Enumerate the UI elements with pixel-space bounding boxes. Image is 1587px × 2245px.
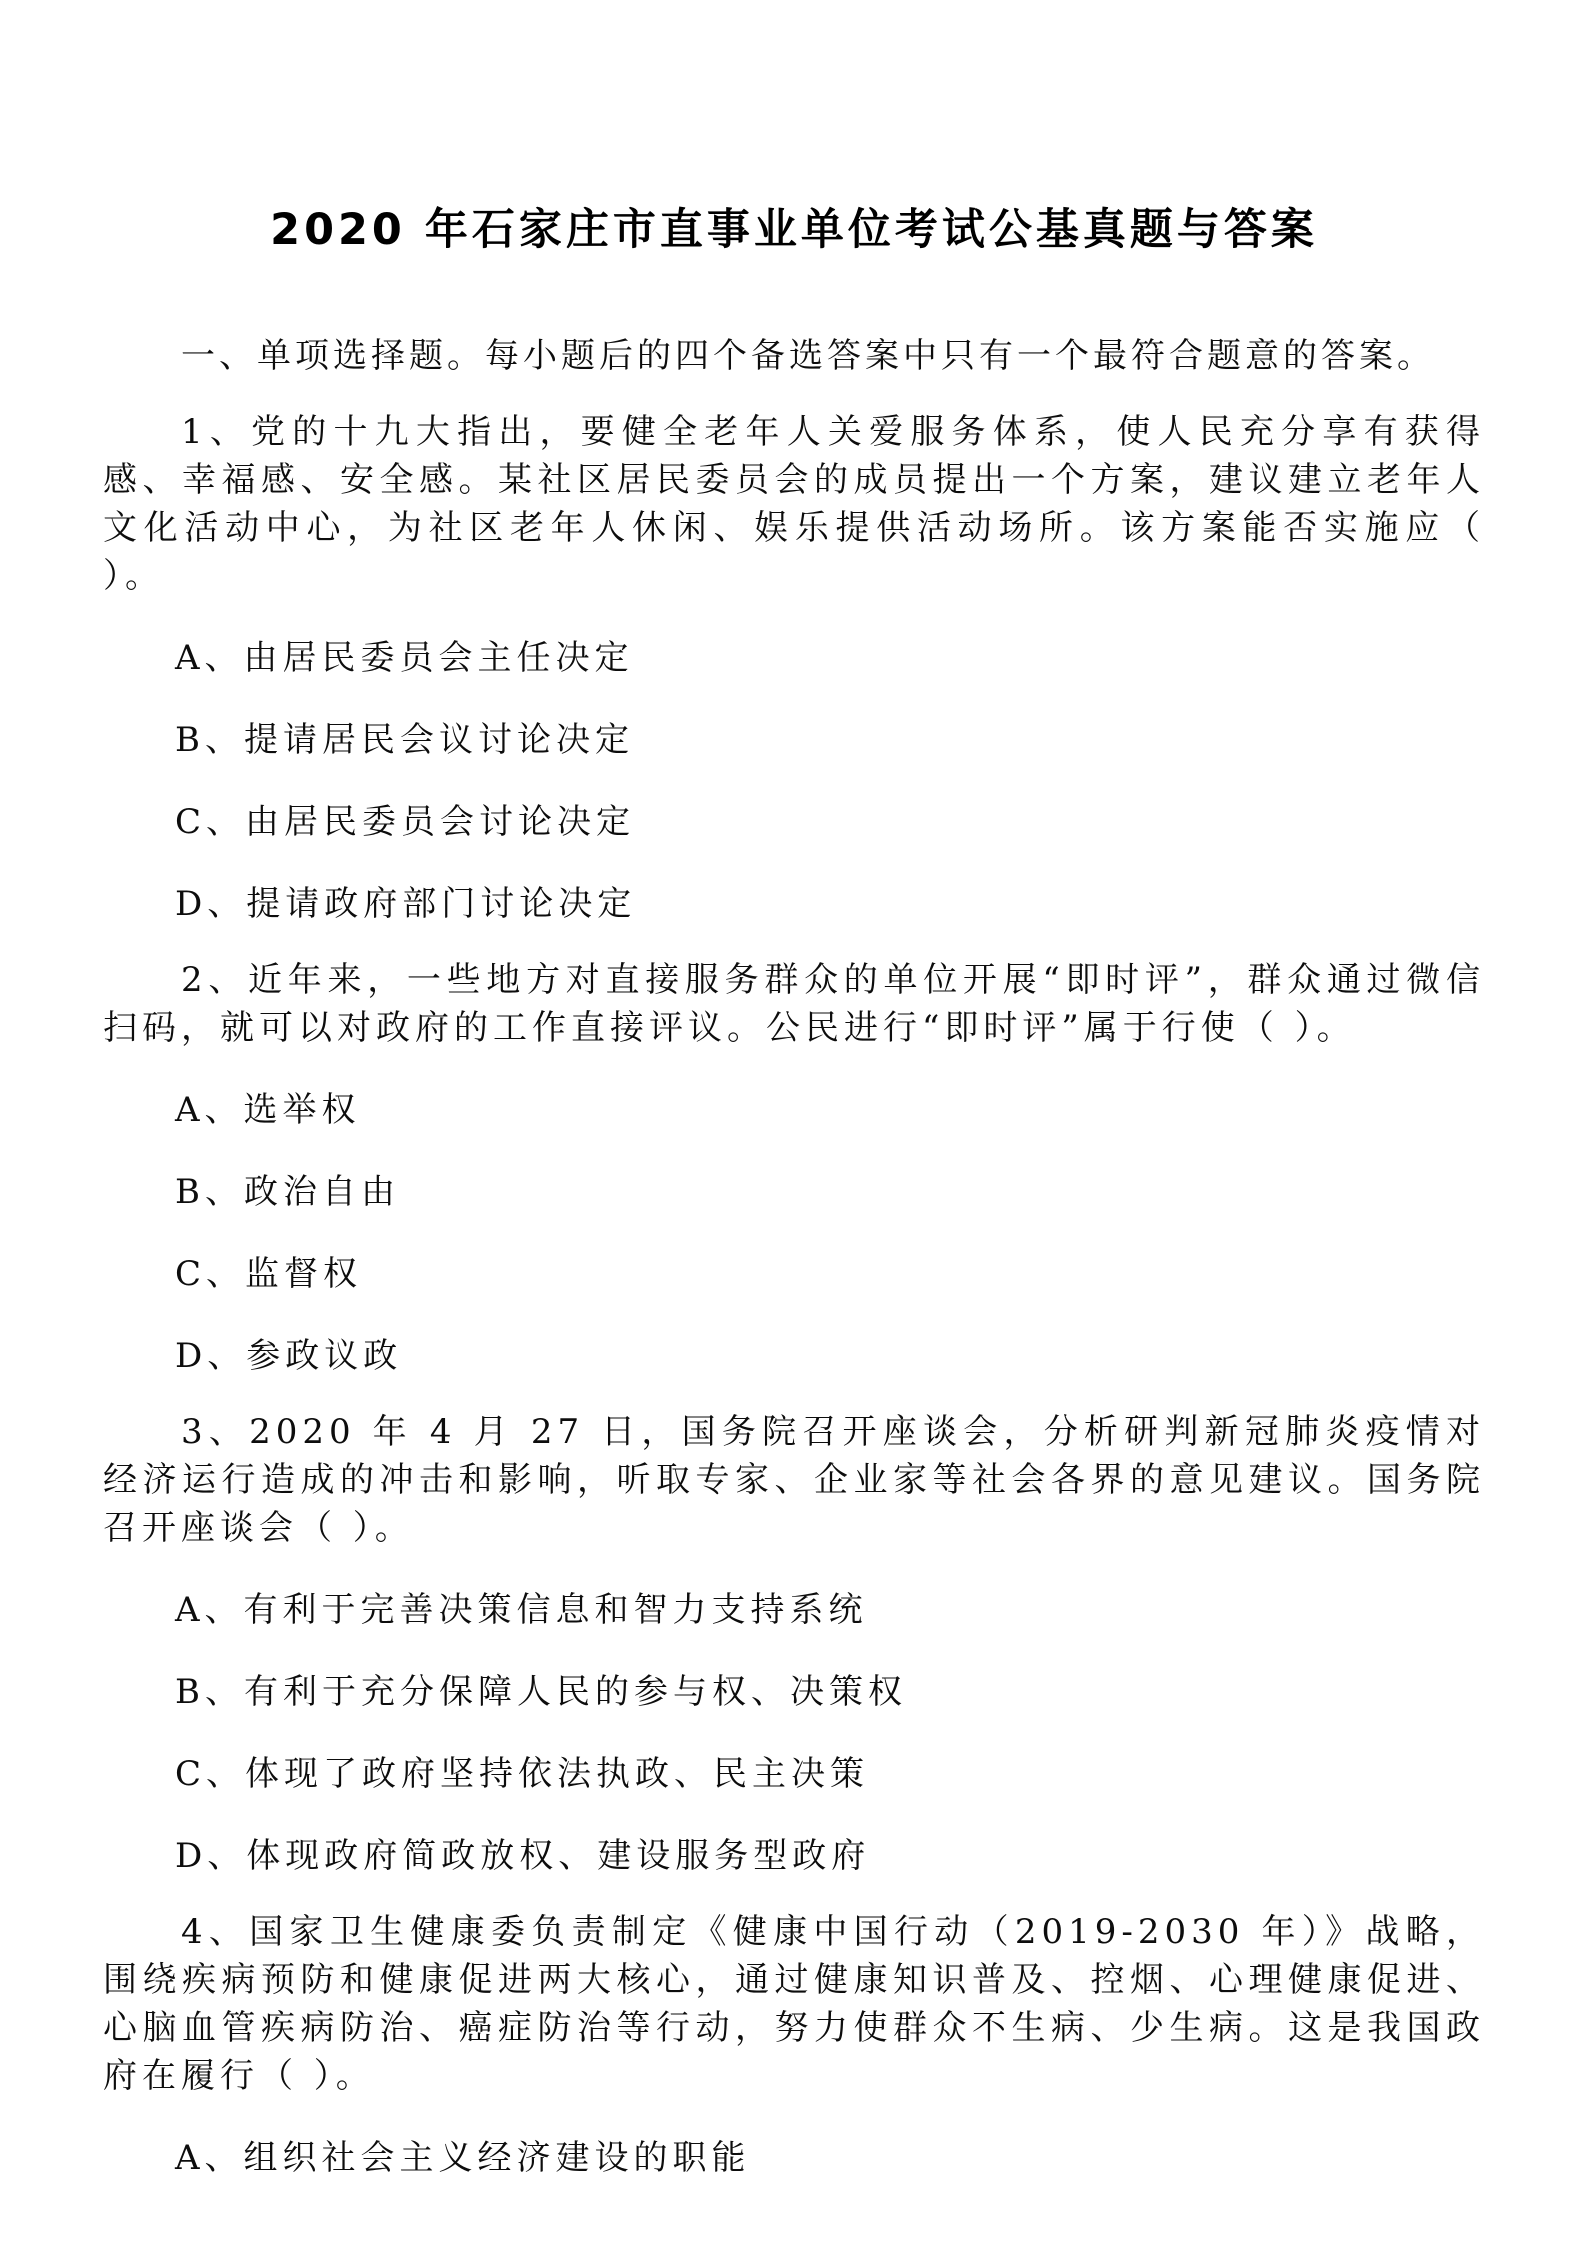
question-2-stem: 2、近年来，一些地方对直接服务群众的单位开展“即时评”，群众通过微信扫码，就可以…	[103, 956, 1485, 1052]
question-2-option-c: C、监督权	[103, 1250, 1485, 1298]
question-1-option-d: D、提请政府部门讨论决定	[103, 880, 1485, 928]
question-4-option-a: A、组织社会主义经济建设的职能	[103, 2134, 1485, 2182]
question-3-stem: 3、2020 年 4 月 27 日，国务院召开座谈会，分析研判新冠肺炎疫情对经济…	[103, 1408, 1485, 1552]
question-1-stem: 1、党的十九大指出，要健全老年人关爱服务体系，使人民充分享有获得感、幸福感、安全…	[103, 408, 1485, 600]
question-block-3: 3、2020 年 4 月 27 日，国务院召开座谈会，分析研判新冠肺炎疫情对经济…	[103, 1408, 1485, 1880]
question-1-option-a: A、由居民委员会主任决定	[103, 634, 1485, 682]
question-block-2: 2、近年来，一些地方对直接服务群众的单位开展“即时评”，群众通过微信扫码，就可以…	[103, 956, 1485, 1380]
question-3-option-a: A、有利于完善决策信息和智力支持系统	[103, 1586, 1485, 1634]
question-block-4: 4、国家卫生健康委负责制定《健康中国行动（2019-2030 年）》战略，围绕疾…	[103, 1908, 1485, 2182]
question-1-option-c: C、由居民委员会讨论决定	[103, 798, 1485, 846]
document-page: 2020 年石家庄市直事业单位考试公基真题与答案 一、单项选择题。每小题后的四个…	[0, 0, 1587, 2245]
question-4-stem: 4、国家卫生健康委负责制定《健康中国行动（2019-2030 年）》战略，围绕疾…	[103, 1908, 1485, 2100]
question-3-option-d: D、体现政府简政放权、建设服务型政府	[103, 1832, 1485, 1880]
section-heading: 一、单项选择题。每小题后的四个备选答案中只有一个最符合题意的答案。	[103, 332, 1485, 380]
question-2-option-d: D、参政议政	[103, 1332, 1485, 1380]
question-3-option-c: C、体现了政府坚持依法执政、民主决策	[103, 1750, 1485, 1798]
question-2-option-b: B、政治自由	[103, 1168, 1485, 1216]
question-block-1: 1、党的十九大指出，要健全老年人关爱服务体系，使人民充分享有获得感、幸福感、安全…	[103, 408, 1485, 928]
page-title: 2020 年石家庄市直事业单位考试公基真题与答案	[103, 0, 1485, 260]
question-3-option-b: B、有利于充分保障人民的参与权、决策权	[103, 1668, 1485, 1716]
question-1-option-b: B、提请居民会议讨论决定	[103, 716, 1485, 764]
question-2-option-a: A、选举权	[103, 1086, 1485, 1134]
